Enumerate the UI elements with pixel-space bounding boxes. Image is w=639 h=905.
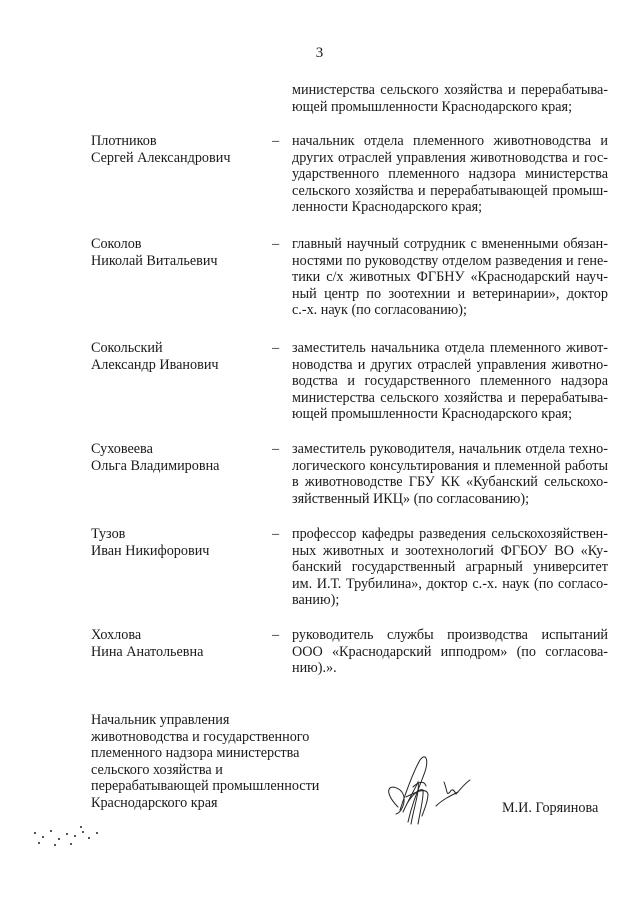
dash: – [272,526,279,543]
title-line: животноводства и государственного [91,729,351,746]
text-line: ющей промышленности Краснодарского края; [292,406,608,423]
dash: – [272,627,279,644]
member-description: главный научный сотрудник с вмененными о… [292,236,608,319]
text-line: главный научный сотрудник с вмененными о… [292,236,608,253]
title-line: Краснодарского края [91,795,351,812]
text-line: сельского хозяйства и перерабатывающей п… [292,183,608,200]
text-line: с.-х. наук (по согласованию); [292,302,608,319]
text-line: ющей промышленности Краснодарского края; [292,99,608,116]
member-description: руководитель службы производства испытан… [292,627,608,677]
surname: Тузов [91,526,261,543]
text-line: водства и государственного племенного на… [292,373,608,390]
text-line: министерства сельского хозяйства и перер… [292,82,608,99]
text-line: ударственного племенного надзора министе… [292,166,608,183]
member-name: Соколов Николай Витальевич [91,236,261,269]
text-line: зяйственный ИКЦ» (по согласованию); [292,491,608,508]
given-name: Александр Иванович [91,357,261,374]
text-line: нию).». [292,660,608,677]
text-line: ных животных и зоотехнологий ФГБОУ ВО «К… [292,543,608,560]
given-name: Иван Никифорович [91,543,261,560]
member-name: Плотников Сергей Александрович [91,133,261,166]
signer-name: М.И. Горяинова [502,800,598,817]
title-line: перерабатывающей промышленности [91,778,351,795]
text-line: ООО «Краснодарский ипподром» (по согласо… [292,644,608,661]
given-name: Нина Анатольевна [91,644,261,661]
member-description: профессор кафедры разведения сельскохозя… [292,526,608,609]
member-name: Сокольский Александр Иванович [91,340,261,373]
text-line: заместитель начальника отдела племенного… [292,340,608,357]
given-name: Ольга Владимировна [91,458,261,475]
dash: – [272,441,279,458]
text-line: министерства сельского хозяйства и перер… [292,390,608,407]
signatory-title: Начальник управления животноводства и го… [91,712,351,812]
text-line: ванию); [292,592,608,609]
handwritten-signature [378,752,488,832]
text-line: руководитель службы производства испытан… [292,627,608,644]
text-line: ный центр по зоотехнии и ветеринарии», д… [292,286,608,303]
title-line: племенного надзора министерства [91,745,351,762]
text-line: в животноводстве ГБУ КК «Кубанский сельс… [292,474,608,491]
dash: – [272,340,279,357]
text-line: банский государственный аграрный универс… [292,559,608,576]
member-description: начальник отдела племенного животноводст… [292,133,608,216]
text-line: новодства и других отраслей управления ж… [292,357,608,374]
surname: Суховеева [91,441,261,458]
page-number: 3 [0,45,639,62]
text-line: заместитель руководителя, начальник отде… [292,441,608,458]
dash: – [272,236,279,253]
member-name: Тузов Иван Никифорович [91,526,261,559]
member-description: заместитель начальника отдела племенного… [292,340,608,423]
dash: – [272,133,279,150]
scan-artifact [30,822,110,857]
surname: Хохлова [91,627,261,644]
text-line: логического консультирования и племенной… [292,458,608,475]
surname: Плотников [91,133,261,150]
given-name: Сергей Александрович [91,150,261,167]
surname: Сокольский [91,340,261,357]
text-line: им. И.Т. Трубилина», доктор с.-х. наук (… [292,576,608,593]
text-line: тики с/х животных ФГБНУ «Краснодарский н… [292,269,608,286]
title-line: сельского хозяйства и [91,762,351,779]
member-name: Хохлова Нина Анатольевна [91,627,261,660]
text-line: профессор кафедры разведения сельскохозя… [292,526,608,543]
text-line: ленности Краснодарского края; [292,199,608,216]
text-line: ностями по руководству отделом разведени… [292,253,608,270]
continuation-text: министерства сельского хозяйства и перер… [292,82,608,115]
given-name: Николай Витальевич [91,253,261,270]
title-line: Начальник управления [91,712,351,729]
text-line: других отраслей управления животноводств… [292,150,608,167]
surname: Соколов [91,236,261,253]
member-name: Суховеева Ольга Владимировна [91,441,261,474]
member-description: заместитель руководителя, начальник отде… [292,441,608,507]
text-line: начальник отдела племенного животноводст… [292,133,608,150]
